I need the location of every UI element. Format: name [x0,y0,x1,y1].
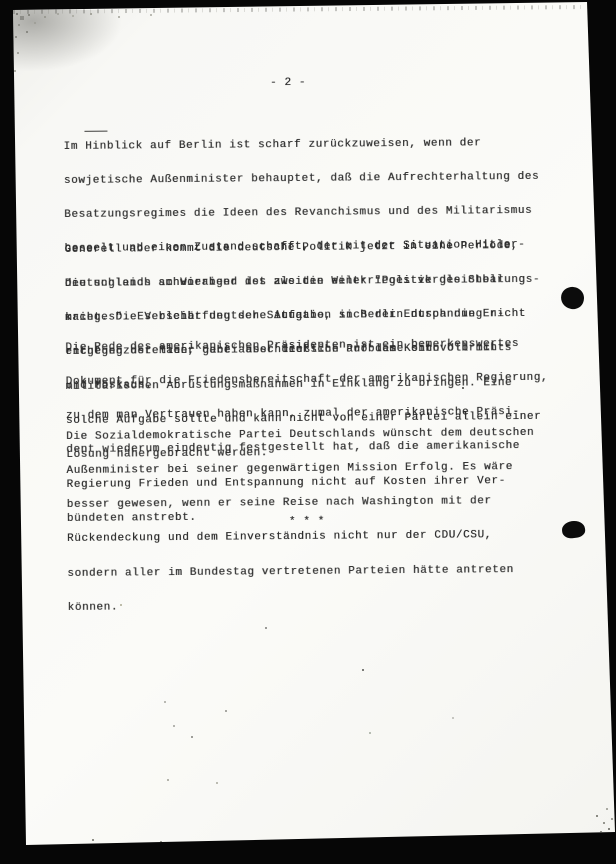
text-line: sowjetische Außenminister behauptet, daß… [64,172,539,188]
scan-speckles-bottom [0,0,2,2]
section-separator: * * * [289,517,325,529]
scan-noise-top-edge [13,5,589,14]
text-line: Rückendeckung und dem Einverständnis nic… [67,530,535,545]
document-page: - 2 - Im Hinblick auf Berlin ist scharf … [0,0,616,864]
text-line: Im Hinblick auf Berlin ist scharf zurück… [64,138,539,154]
typewritten-content: - 2 - Im Hinblick auf Berlin ist scharf … [63,73,613,598]
text-line: sondern aller im Bundestag vertretenen P… [67,565,535,580]
scan-background: - 2 - Im Hinblick auf Berlin ist scharf … [0,0,616,864]
text-line: die ungleich schwieriger ist als die ein… [65,275,540,291]
text-line: können. [68,599,536,614]
text-line: Dokument für die Friedensbereitschaft de… [66,373,549,389]
text-line: Außenminister bei seiner gegenwärtigen M… [66,462,534,477]
text-line: Die Rede des amerikanischen Präsidenten … [65,339,548,355]
text-line: besser gewesen, wenn er seine Reise nach… [67,496,535,511]
text-line: Die Sozialdemokratische Partei Deutschla… [66,428,534,443]
text-line: Generell aber kommt die deutsche Politik… [64,241,539,257]
typewriter-underline-mark [84,130,107,131]
scan-speckles-top-left [0,0,2,2]
scan-speckles-body [0,0,2,2]
scan-noise-corner [13,10,123,72]
page-number: - 2 - [270,78,306,90]
